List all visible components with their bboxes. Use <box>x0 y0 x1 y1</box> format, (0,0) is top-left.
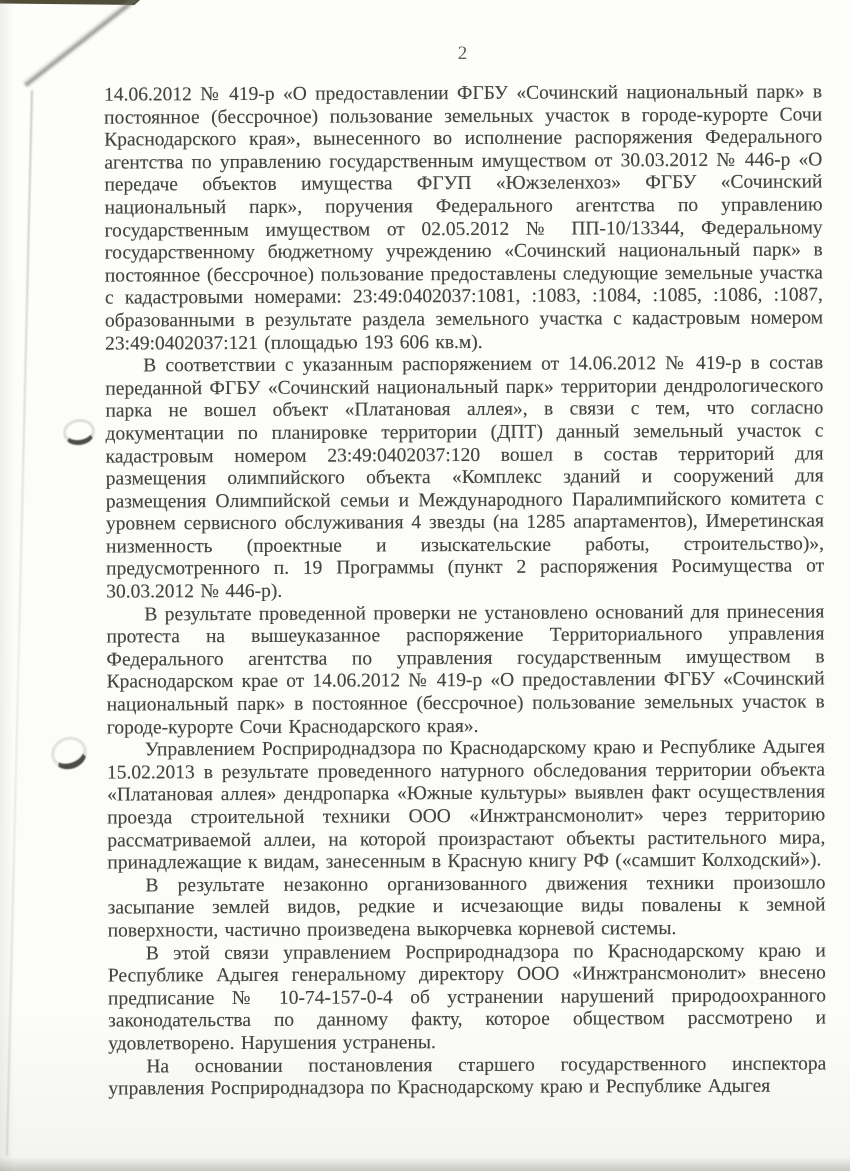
scan-bottom-shadow <box>0 1157 850 1171</box>
binder-ring-mark-top <box>61 417 96 447</box>
paragraph-continuation: 14.06.2012 № 419-р «О предоставлении ФГБ… <box>104 81 823 355</box>
binder-ring-mark-bottom <box>47 732 92 774</box>
paragraph: На основании постановления старшего госу… <box>108 1053 826 1101</box>
scanned-document-page: 2 14.06.2012 № 419-р «О предоставлении Ф… <box>0 0 850 1171</box>
paragraph: В этой связи управлением Росприроднадзор… <box>108 940 826 1056</box>
left-edge-shade <box>0 0 14 1171</box>
page-number: 2 <box>104 43 822 65</box>
paragraph: В результате проведенной проверки не уст… <box>106 601 825 740</box>
paragraph: Управлением Росприроднадзора по Краснода… <box>107 737 826 876</box>
document-body: 14.06.2012 № 419-р «О предоставлении ФГБ… <box>104 81 827 1149</box>
paragraph: В соответствии с указанным распоряжением… <box>105 353 824 605</box>
paragraph: В результате незаконно организованного д… <box>107 872 825 943</box>
